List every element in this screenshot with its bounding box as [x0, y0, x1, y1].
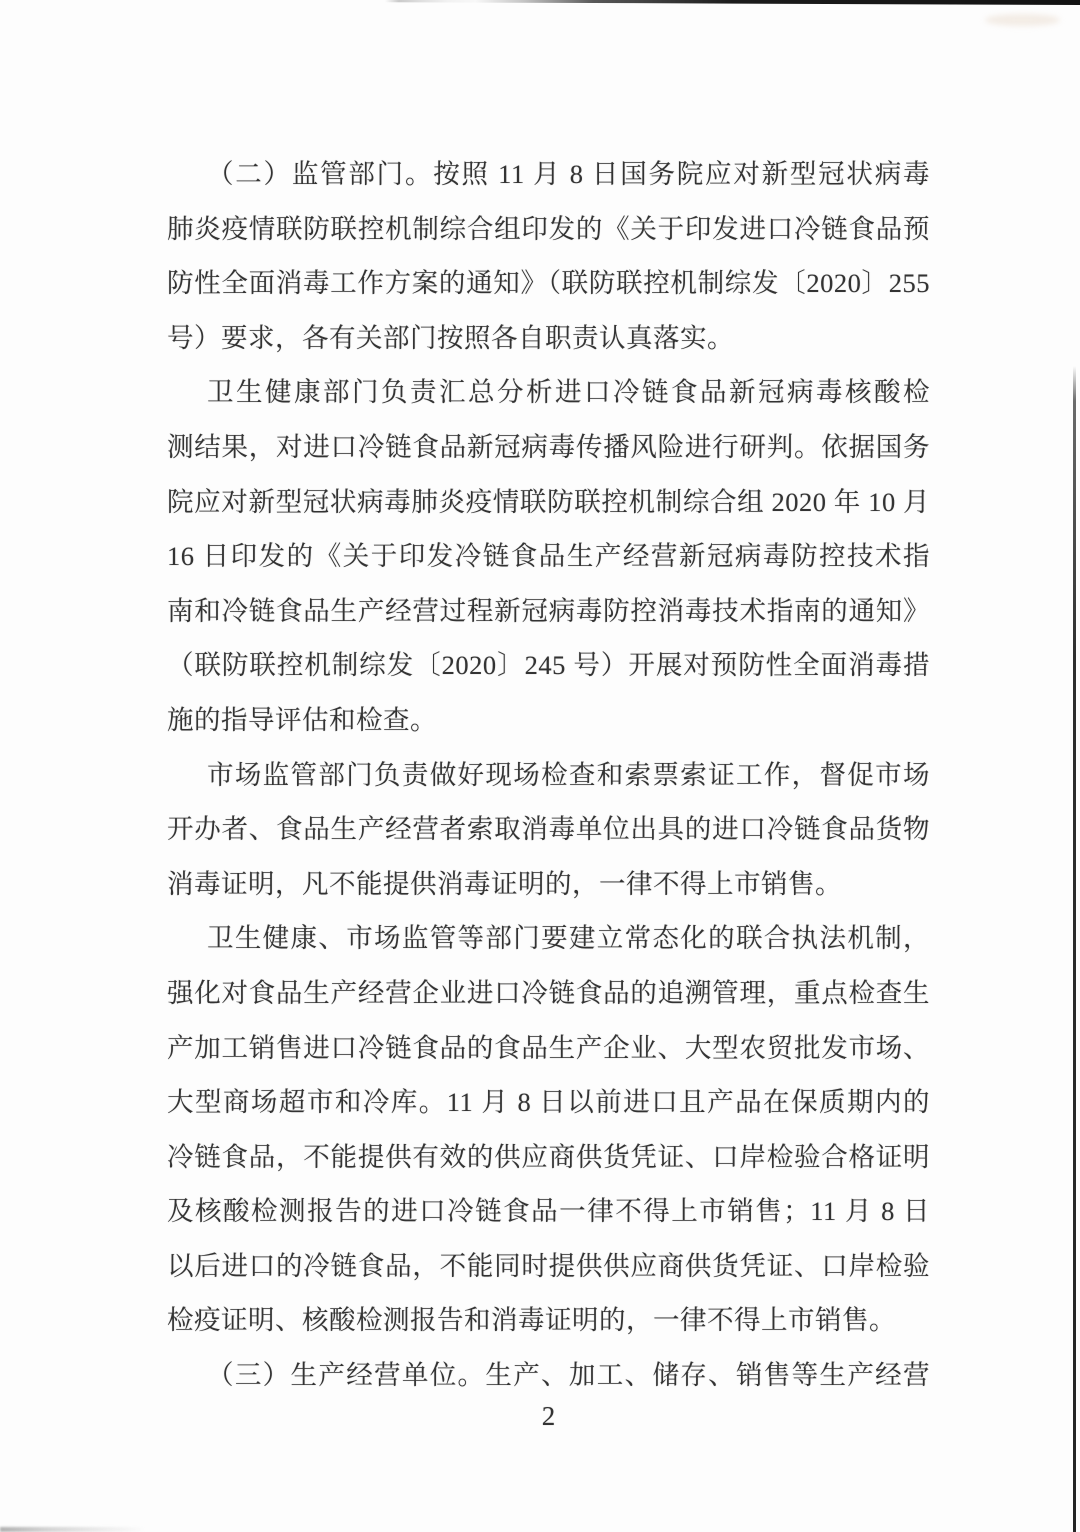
text-line: 检疫证明、核酸检测报告和消毒证明的，一律不得上市销售。	[167, 1293, 930, 1348]
page-number: 2	[167, 1398, 930, 1434]
text-line: 施的指导评估和检查。	[167, 693, 930, 748]
text-line: 肺炎疫情联防联控机制综合组印发的《关于印发进口冷链食品预	[167, 202, 930, 257]
text-line: （三）生产经营单位。生产、加工、储存、销售等生产经营	[167, 1348, 930, 1403]
text-line: 测结果，对进口冷链食品新冠病毒传播风险进行研判。依据国务	[167, 420, 930, 475]
text-line: 院应对新型冠状病毒肺炎疫情联防联控机制综合组 2020 年 10 月	[167, 475, 930, 530]
text-line: 市场监管部门负责做好现场检查和索票索证工作，督促市场	[167, 748, 930, 803]
scan-artifact-right-edge	[1073, 366, 1076, 1532]
text-line: 大型商场超市和冷库。11 月 8 日以前进口且产品在保质期内的	[167, 1075, 930, 1130]
text-line: 强化对食品生产经营企业进口冷链食品的追溯管理，重点检查生	[167, 966, 930, 1021]
text-line: 消毒证明，凡不能提供消毒证明的，一律不得上市销售。	[167, 857, 930, 912]
document-body-text: （二）监管部门。按照 11 月 8 日国务院应对新型冠状病毒肺炎疫情联防联控机制…	[167, 147, 930, 1403]
text-line: 号）要求，各有关部门按照各自职责认真落实。	[167, 311, 930, 366]
text-line: 16 日印发的《关于印发冷链食品生产经营新冠病毒防控技术指	[167, 529, 930, 584]
text-line: （联防联控机制综发〔2020〕245 号）开展对预防性全面消毒措	[167, 638, 930, 693]
text-line: （二）监管部门。按照 11 月 8 日国务院应对新型冠状病毒	[167, 147, 930, 202]
text-line: 卫生健康、市场监管等部门要建立常态化的联合执法机制，	[167, 911, 930, 966]
text-line: 防性全面消毒工作方案的通知》（联防联控机制综发〔2020〕255	[167, 256, 930, 311]
text-line: 卫生健康部门负责汇总分析进口冷链食品新冠病毒核酸检	[167, 365, 930, 420]
text-line: 以后进口的冷链食品，不能同时提供供应商供货凭证、口岸检验	[167, 1239, 930, 1294]
scan-artifact-bottom-smudge	[0, 1527, 145, 1532]
text-line: 产加工销售进口冷链食品的食品生产企业、大型农贸批发市场、	[167, 1021, 930, 1076]
scan-artifact-top-smudge	[985, 14, 1060, 26]
scan-artifact-top-edge	[385, 0, 1080, 5]
text-line: 冷链食品，不能提供有效的供应商供货凭证、口岸检验合格证明	[167, 1130, 930, 1185]
text-line: 及核酸检测报告的进口冷链食品一律不得上市销售；11 月 8 日	[167, 1184, 930, 1239]
text-line: 南和冷链食品生产经营过程新冠病毒防控消毒技术指南的通知》	[167, 584, 930, 639]
text-line: 开办者、食品生产经营者索取消毒单位出具的进口冷链食品货物	[167, 802, 930, 857]
document-page: （二）监管部门。按照 11 月 8 日国务院应对新型冠状病毒肺炎疫情联防联控机制…	[0, 0, 1080, 1532]
